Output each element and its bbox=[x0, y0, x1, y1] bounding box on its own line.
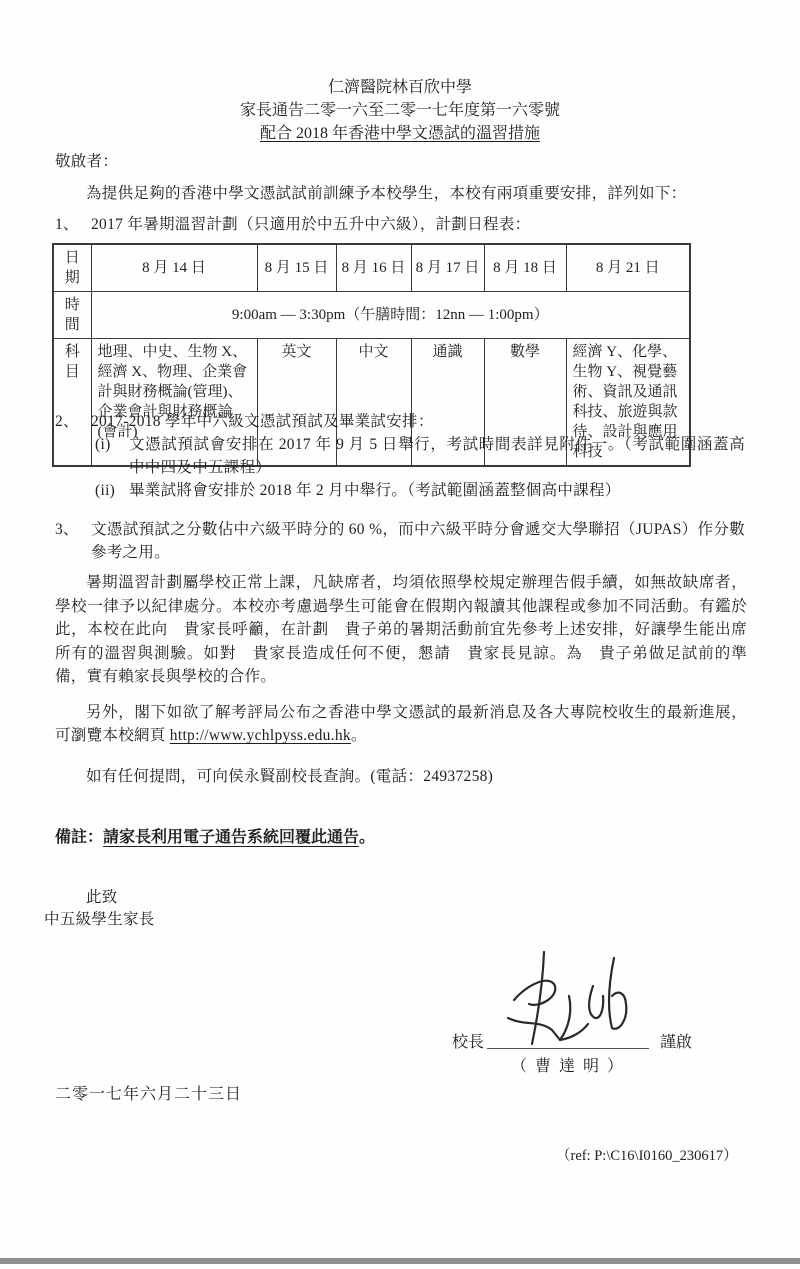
principal-name: （ 曹 達 明 ） bbox=[487, 1053, 649, 1076]
principal-label: 校長 bbox=[452, 1029, 484, 1052]
item-3: 3、 文憑試預試之分數佔中六級平時分的 60 %，而中六級平時分會遞交大學聯招（… bbox=[55, 518, 745, 564]
item-2-sub-ii: (ii) 畢業試將會安排於 2018 年 2 月中舉行。（考試範圍涵蓋整個高中課… bbox=[95, 479, 745, 502]
signature-line bbox=[487, 1048, 649, 1049]
time-cell: 9:00am — 3:30pm（午膳時間：12nn — 1:00pm） bbox=[91, 292, 690, 339]
school-website-link[interactable]: http://www.ychlpyss.edu.hk bbox=[170, 727, 351, 744]
principal-signature-image bbox=[498, 948, 648, 1052]
document-header: 仁濟醫院林百欣中學 家長通告二零一六至二零一七年度第一六零號 配合 2018 年… bbox=[55, 76, 745, 145]
date-cell: 8 月 21 日 bbox=[566, 244, 690, 292]
row-label-date: 日期 bbox=[53, 244, 91, 292]
school-name: 仁濟醫院林百欣中學 bbox=[55, 76, 745, 99]
closing-cishi: 此致 bbox=[55, 886, 118, 909]
website-paragraph-pre: 另外，閣下如欲了解考評局公布之香港中學文憑試的最新消息及各大專院校收生的最新進展… bbox=[55, 704, 747, 744]
item-2-sub-i-marker: (i) bbox=[95, 433, 129, 479]
salutation: 敬啟者： bbox=[55, 150, 118, 173]
notice-subject: 配合 2018 年香港中學文憑試的溫習措施 bbox=[55, 122, 745, 145]
item-2-sub-i-text: 文憑試預試會安排在 2017 年 9 月 5 日舉行，考試時間表詳見附件一。（考… bbox=[129, 433, 745, 479]
reference-number: （ref: P:\C16\I0160_230617） bbox=[556, 1144, 738, 1165]
date-cell: 8 月 18 日 bbox=[484, 244, 566, 292]
item-3-number: 3、 bbox=[55, 518, 91, 564]
date-cell: 8 月 15 日 bbox=[257, 244, 336, 292]
notice-subject-text: 配合 2018 年香港中學文憑試的溫習措施 bbox=[260, 125, 540, 142]
remark-underlined-text: 請家長利用電子通告系統回覆此通告 bbox=[103, 829, 359, 846]
item-3-text: 文憑試預試之分數佔中六級平時分的 60 %，而中六級平時分會遞交大學聯招（JUP… bbox=[91, 518, 745, 564]
item-2-sub-i: (i) 文憑試預試會安排在 2017 年 9 月 5 日舉行，考試時間表詳見附件… bbox=[95, 433, 745, 479]
website-paragraph-post: 。 bbox=[351, 727, 367, 744]
item-2: 2、 2017-2018 學年中六級文憑試預試及畢業試安排： (i) 文憑試預試… bbox=[55, 410, 745, 502]
item-2-text: 2017-2018 學年中六級文憑試預試及畢業試安排： bbox=[91, 410, 745, 433]
row-label-time: 時間 bbox=[53, 292, 91, 339]
item-2-sub-ii-text: 畢業試將會安排於 2018 年 2 月中舉行。（考試範圍涵蓋整個高中課程） bbox=[129, 479, 745, 502]
table-row-time: 時間 9:00am — 3:30pm（午膳時間：12nn — 1:00pm） bbox=[53, 292, 690, 339]
remark-period: 。 bbox=[359, 829, 375, 846]
item-2-sub-ii-marker: (ii) bbox=[95, 479, 129, 502]
item-1-number: 1、 bbox=[55, 213, 91, 236]
remark-line: 備註：請家長利用電子通告系統回覆此通告。 bbox=[55, 824, 747, 847]
closing-addressee: 中五級學生家長 bbox=[44, 908, 155, 931]
scan-edge-artifact bbox=[0, 1258, 800, 1264]
intro-paragraph: 為提供足夠的香港中學文憑試試前訓練予本校學生，本校有兩項重要安排，詳列如下： bbox=[55, 182, 745, 205]
notice-number: 家長通告二零一六至二零一七年度第一六零號 bbox=[55, 99, 745, 122]
notice-document: 仁濟醫院林百欣中學 家長通告二零一六至二零一七年度第一六零號 配合 2018 年… bbox=[0, 0, 800, 1269]
website-paragraph: 另外，閣下如欲了解考評局公布之香港中學文憑試的最新消息及各大專院校收生的最新進展… bbox=[55, 701, 747, 747]
notice-date: 二零一七年六月二十三日 bbox=[55, 1081, 242, 1104]
item-1-text: 2017 年暑期溫習計劃（只適用於中五升中六級），計劃日程表： bbox=[91, 213, 745, 236]
item-2-head: 2、 2017-2018 學年中六級文憑試預試及畢業試安排： bbox=[55, 410, 745, 433]
date-cell: 8 月 14 日 bbox=[91, 244, 257, 292]
date-cell: 8 月 17 日 bbox=[411, 244, 484, 292]
item-2-number: 2、 bbox=[55, 410, 91, 433]
enquiry-paragraph: 如有任何提問，可向侯永賢副校長查詢。(電話：24937258) bbox=[55, 765, 747, 788]
item-1: 1、 2017 年暑期溫習計劃（只適用於中五升中六級），計劃日程表： bbox=[55, 213, 745, 236]
date-cell: 8 月 16 日 bbox=[336, 244, 411, 292]
summer-programme-paragraph: 暑期溫習計劃屬學校正常上課，凡缺席者，均須依照學校規定辦理告假手續，如無故缺席者… bbox=[55, 571, 747, 689]
table-row-dates: 日期 8 月 14 日 8 月 15 日 8 月 16 日 8 月 17 日 8… bbox=[53, 244, 690, 292]
respect-label: 謹啟 bbox=[660, 1029, 692, 1052]
remark-label: 備註： bbox=[55, 829, 103, 846]
